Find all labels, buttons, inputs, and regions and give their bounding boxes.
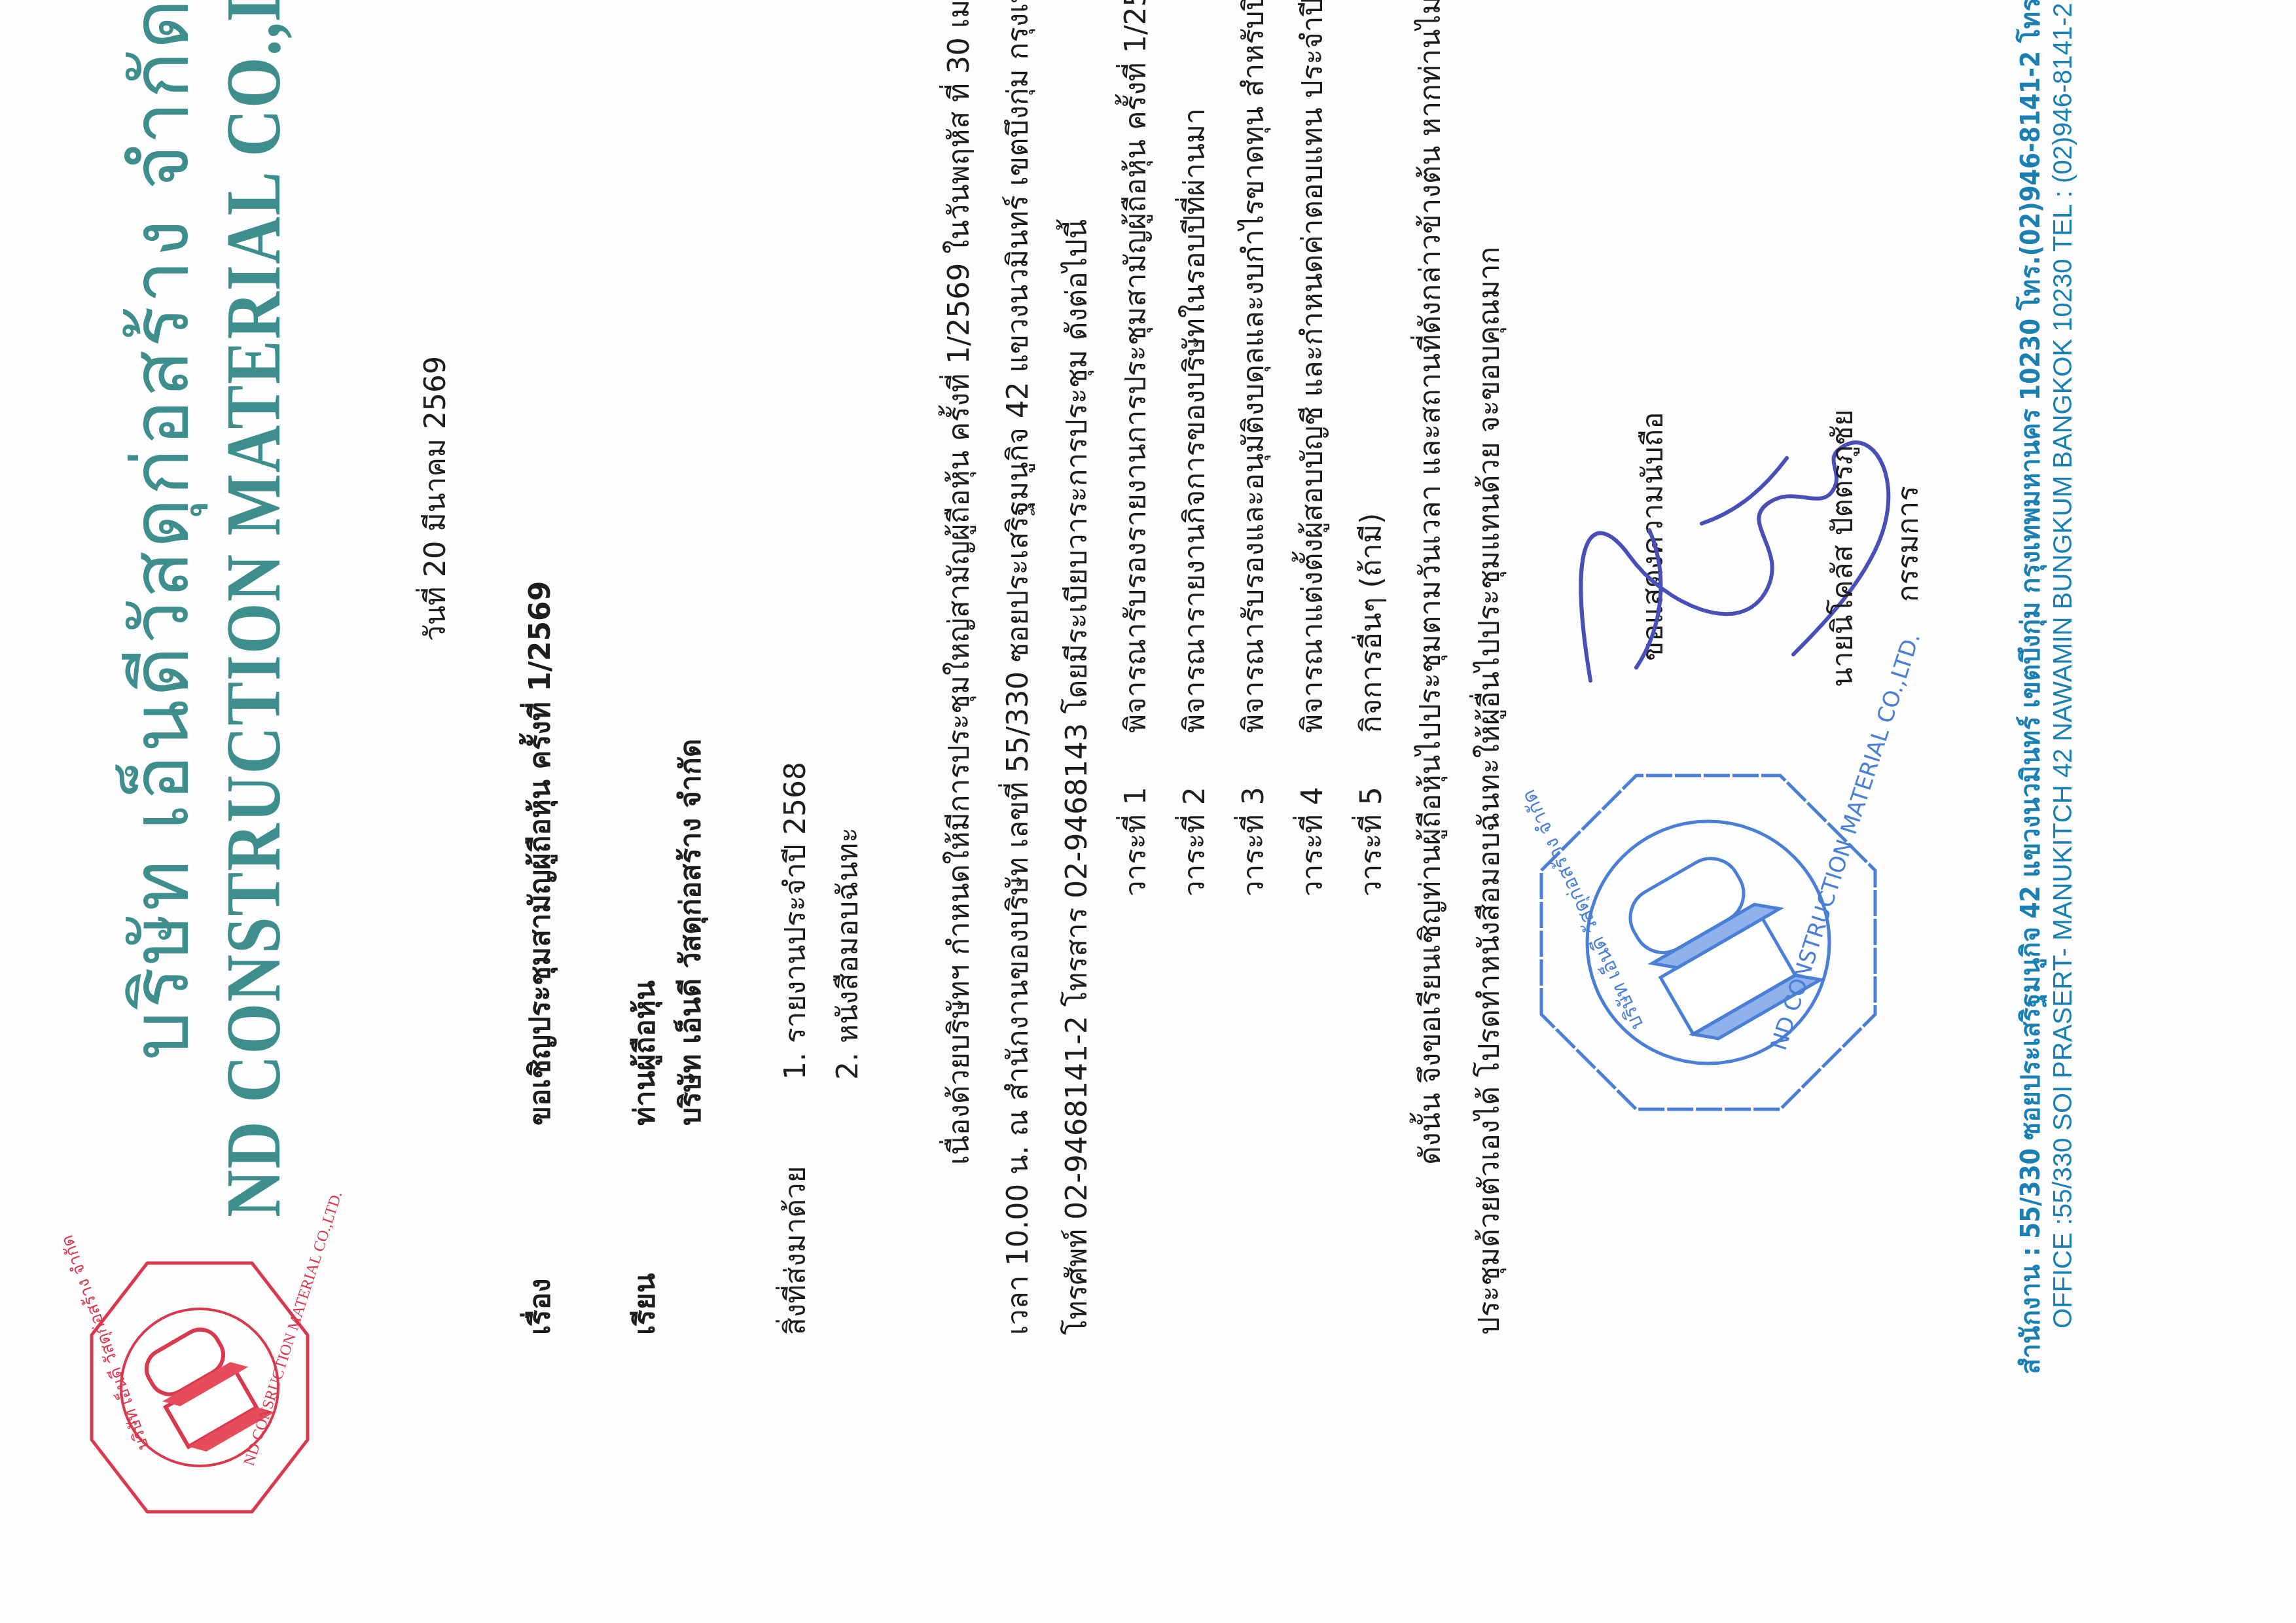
enclosures-label: สิ่งที่ส่งมาด้วย (772, 1166, 818, 1335)
letter-page: บริษัท เอ็นดี วัสดุก่อสร้าง จำกัด ND CON… (0, 0, 2296, 1623)
agenda-text: พิจารณารายงานกิจการของบริษัทในรอบปีที่ผ่… (1172, 108, 1217, 733)
agenda-label: วาระที่ 2 (1172, 787, 1217, 897)
closing-line: ประชุมด้วยตัวเองได้ โปรดทำหนังสือมอบฉันท… (1466, 247, 1512, 1335)
enclosure-item: 2. หนังสือมอบฉันทะ (825, 827, 870, 1080)
agenda-text: กิจการอื่นๆ (ถ้ามี) (1348, 513, 1394, 733)
agenda-text: พิจารณารับรองและอนุมัติงบดุลและงบกำไรขาด… (1230, 0, 1276, 733)
company-logo: บริษัท เอ็นดี วัสดุก่อสร้าง จำกัด ND CON… (85, 1257, 314, 1518)
signatory-title: กรรมการ (1885, 486, 1931, 602)
agenda-label: วาระที่ 4 (1289, 787, 1335, 897)
agenda-label: วาระที่ 3 (1230, 787, 1276, 897)
subject-value: ขอเชิญประชุมสามัญผู้ถือหุ้น ครั้งที่ 1/2… (517, 581, 563, 1126)
agenda-text: พิจารณาแต่งตั้งผู้สอบบัญชี และกำหนดค่าตอ… (1289, 0, 1335, 733)
recipient-label: เรียน (622, 1273, 668, 1335)
closing-line: ดังนั้น จึงขอเรียนเชิญท่านผู้ถือหุ้นไปปร… (1407, 0, 1453, 1165)
enclosure-item: 1. รายงานประจำปี 2568 (772, 762, 818, 1080)
body-line: เนื่องด้วยบริษัทฯ กำหนดให้มีการประชุมใหญ… (936, 0, 982, 1165)
company-name-thai: บริษัท เอ็นดีวัสดุก่อสร้าง จำกัด (98, 0, 221, 1060)
letter-date: วันที่ 20 มีนาคม 2569 (412, 356, 458, 641)
recipient-line-2: บริษัท เอ็นดี วัสดุก่อสร้าง จำกัด (668, 739, 713, 1126)
footer-address-english: OFFICE :55/330 SOI PRASERT- MANUKITCH 42… (2049, 0, 2078, 1329)
subject-label: เรื่อง (517, 1278, 563, 1335)
company-stamp: บริษัท เอ็นดี วัสดุก่อสร้าง จำกัด ND CON… (1532, 766, 1885, 1119)
company-name-english: ND CONSTRUCTION MATERIAL CO.,LTD. (209, 0, 298, 1217)
agenda-label: วาระที่ 1 (1113, 787, 1158, 897)
signatory-name: นายนิโคลัส ปัตตรภูชัย (1820, 409, 1865, 687)
recipient-line-1: ท่านผู้ถือหุ้น (622, 980, 668, 1126)
footer-address-thai: สำนักงาน : 55/330 ซอยประเสริฐมนูกิจ 42 แ… (2009, 0, 2051, 1374)
agenda-label: วาระที่ 5 (1348, 787, 1394, 897)
agenda-text: พิจารณารับรองรายงานการประชุมสามัญผู้ถือห… (1113, 0, 1158, 733)
body-line: เวลา 10.00 น. ณ สำนักงานของบริษัท เลขที่… (995, 0, 1041, 1335)
body-line: โทรศัพท์ 02-9468141-2 โทรสาร 02-9468143 … (1054, 219, 1100, 1335)
